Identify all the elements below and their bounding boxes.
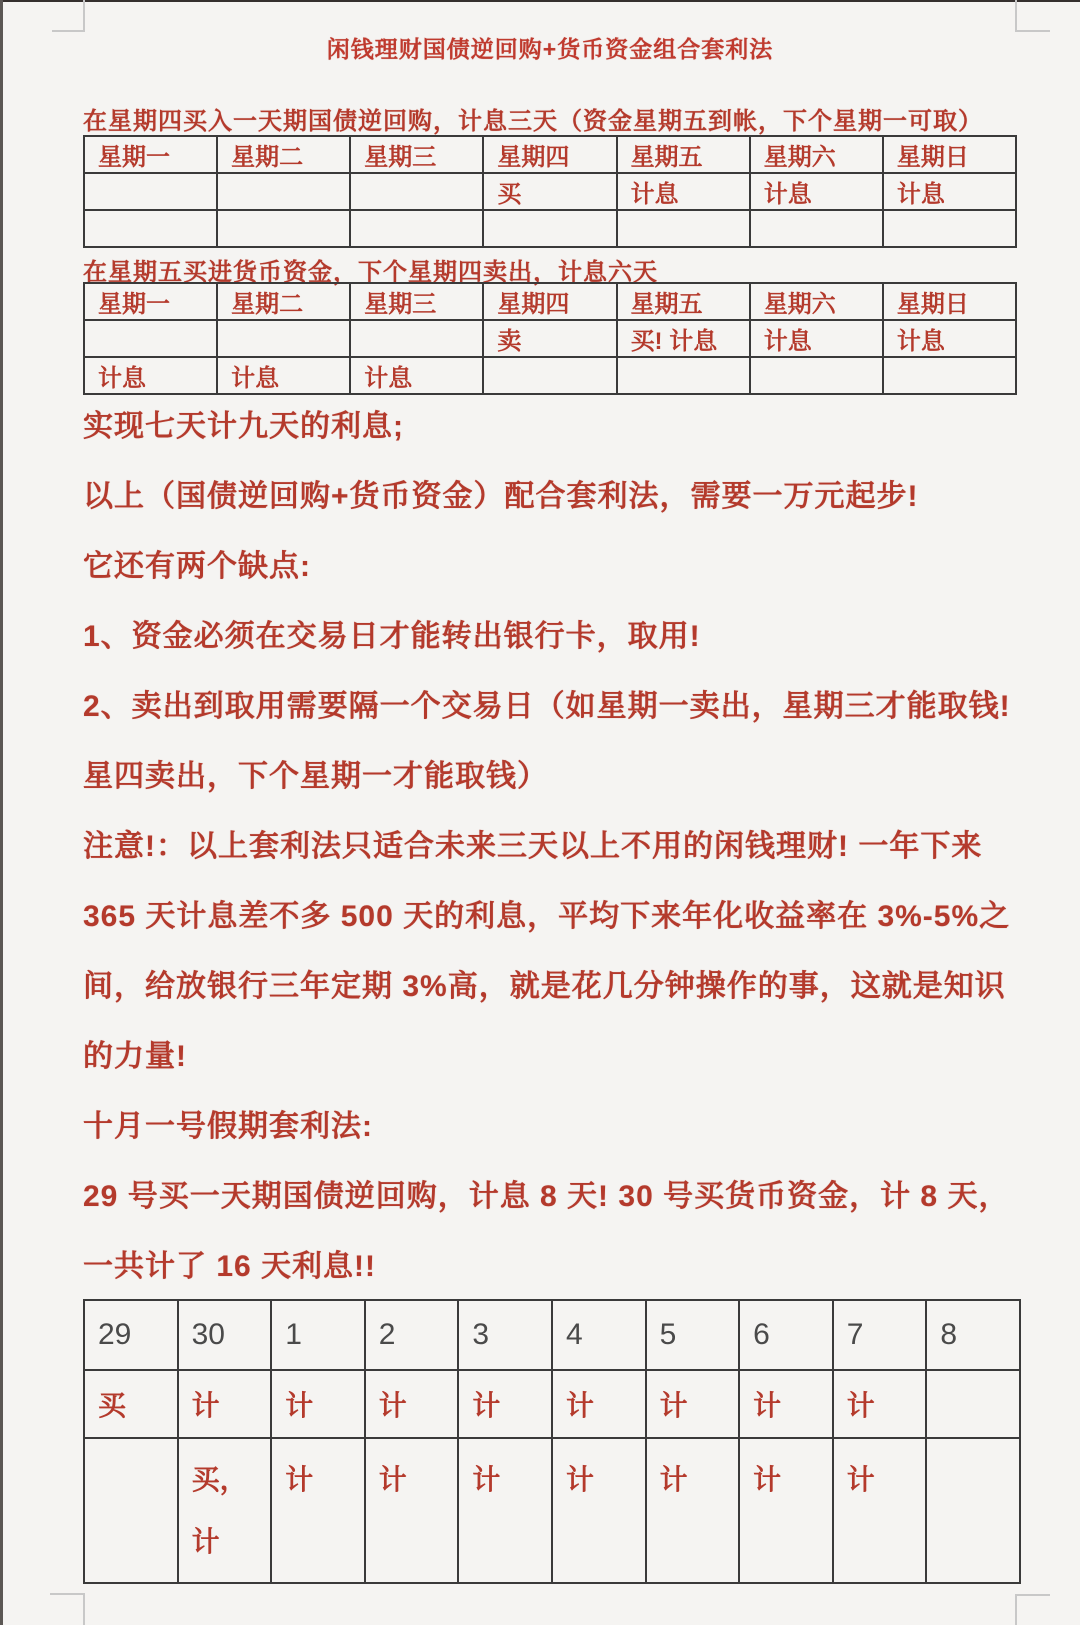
table-cell: 买 xyxy=(483,173,616,210)
table-cell: 计 xyxy=(458,1438,552,1583)
table-cell: 8 xyxy=(926,1300,1020,1370)
table-cell: 计 xyxy=(833,1370,927,1438)
table-cell xyxy=(84,1438,178,1583)
paragraph-line: 365 天计息差不多 500 天的利息，平均下来年化收益率在 3%-5%之 xyxy=(83,878,1023,948)
table-cell: 7 xyxy=(833,1300,927,1370)
table-cell: 计 xyxy=(552,1370,646,1438)
table-cell: 星期日 xyxy=(883,283,1016,320)
page-title: 闲钱理财国债逆回购+货币资金组合套利法 xyxy=(83,31,1017,64)
table-cell: 计 xyxy=(739,1438,833,1583)
table-row: 卖 买! 计息 计息 计息 xyxy=(84,320,1016,357)
table-header-row: 星期一 星期二 星期三 星期四 星期五 星期六 星期日 xyxy=(84,136,1016,173)
table-cell xyxy=(350,320,483,357)
table-cell: 计 xyxy=(271,1438,365,1583)
table-row: 买， 计 计 计 计 计 计 计 计 xyxy=(84,1438,1020,1583)
table-header-row: 29 30 1 2 3 4 5 6 7 8 xyxy=(84,1300,1020,1370)
table-cell: 计 xyxy=(365,1438,459,1583)
photo-top-edge xyxy=(0,0,1080,2)
table-cell: 计息 xyxy=(750,173,883,210)
table-cell: 星期三 xyxy=(350,136,483,173)
table-row xyxy=(84,210,1016,247)
table-cell xyxy=(84,320,217,357)
table-cell: 卖 xyxy=(483,320,616,357)
table-cell: 计息 xyxy=(750,320,883,357)
table-cell: 星期日 xyxy=(883,136,1016,173)
paragraph-line: 1、资金必须在交易日才能转出银行卡，取用! xyxy=(83,598,1023,668)
table-cell xyxy=(84,173,217,210)
crop-mark-top-right-icon xyxy=(1015,0,1050,32)
table-cell: 星期一 xyxy=(84,283,217,320)
table-cell xyxy=(617,210,750,247)
table-cell xyxy=(926,1438,1020,1583)
table-cell: 计 xyxy=(458,1370,552,1438)
table-cell: 买， 计 xyxy=(178,1438,272,1583)
paragraph-line: 星四卖出，下个星期一才能取钱） xyxy=(83,738,1023,808)
table-cell xyxy=(750,210,883,247)
table-cell: 计 xyxy=(833,1438,927,1583)
document-page: 闲钱理财国债逆回购+货币资金组合套利法 在星期四买入一天期国债逆回购，计息三天（… xyxy=(0,0,1080,1625)
table-cell xyxy=(883,210,1016,247)
paragraph-line: 实现七天计九天的利息; xyxy=(83,388,1023,458)
table-cell: 星期四 xyxy=(483,283,616,320)
table-cell: 4 xyxy=(552,1300,646,1370)
table-cell: 30 xyxy=(178,1300,272,1370)
table-cell xyxy=(217,173,350,210)
paragraph-line: 以上（国债逆回购+货币资金）配合套利法，需要一万元起步! xyxy=(83,458,1023,528)
table-cell: 1 xyxy=(271,1300,365,1370)
table1-caption: 在星期四买入一天期国债逆回购，计息三天（资金星期五到帐，下个星期一可取） xyxy=(83,101,1023,131)
table-cell: 星期六 xyxy=(750,136,883,173)
table-cell: 星期四 xyxy=(483,136,616,173)
table-cell: 6 xyxy=(739,1300,833,1370)
table-cell: 3 xyxy=(458,1300,552,1370)
table-cell: 星期一 xyxy=(84,136,217,173)
table-row: 买 计 计 计 计 计 计 计 计 xyxy=(84,1370,1020,1438)
table-cell: 星期二 xyxy=(217,283,350,320)
table-cell: 计息 xyxy=(883,320,1016,357)
table-cell: 计 xyxy=(271,1370,365,1438)
table-cell: 计 xyxy=(552,1438,646,1583)
reverse-repo-week-table: 星期一 星期二 星期三 星期四 星期五 星期六 星期日 买 计息 计息 计息 xyxy=(83,135,1017,248)
table-cell xyxy=(350,210,483,247)
table-cell: 计 xyxy=(646,1438,740,1583)
paragraph-line: 一共计了 16 天利息!! xyxy=(83,1228,1023,1298)
table-cell: 计 xyxy=(365,1370,459,1438)
table-cell: 29 xyxy=(84,1300,178,1370)
paragraph-line: 它还有两个缺点: xyxy=(83,528,1023,598)
table-cell: 2 xyxy=(365,1300,459,1370)
table-cell xyxy=(217,320,350,357)
crop-mark-bottom-left-icon xyxy=(50,1593,85,1625)
table-cell: 计息 xyxy=(617,173,750,210)
table-row: 买 计息 计息 计息 xyxy=(84,173,1016,210)
table-cell: 买! 计息 xyxy=(617,320,750,357)
table-cell: 星期三 xyxy=(350,283,483,320)
money-fund-week-table: 星期一 星期二 星期三 星期四 星期五 星期六 星期日 卖 买! 计息 计息 计… xyxy=(83,282,1017,395)
table-cell xyxy=(926,1370,1020,1438)
body-text: 实现七天计九天的利息; 以上（国债逆回购+货币资金）配合套利法，需要一万元起步!… xyxy=(83,388,1023,1298)
table2-caption: 在星期五买进货币资金，下个星期四卖出，计息六天 xyxy=(83,252,1023,282)
table-cell: 5 xyxy=(646,1300,740,1370)
paragraph-line: 十月一号假期套利法: xyxy=(83,1088,1023,1158)
crop-mark-bottom-right-icon xyxy=(1015,1594,1050,1625)
table-cell xyxy=(84,210,217,247)
table-cell: 星期五 xyxy=(617,136,750,173)
table-cell: 星期二 xyxy=(217,136,350,173)
table-cell: 星期六 xyxy=(750,283,883,320)
table-cell: 计 xyxy=(739,1370,833,1438)
table-cell xyxy=(483,210,616,247)
paragraph-line: 2、卖出到取用需要隔一个交易日（如星期一卖出，星期三才能取钱! xyxy=(83,668,1023,738)
photo-left-edge xyxy=(0,0,3,1625)
table-cell: 星期五 xyxy=(617,283,750,320)
holiday-arbitrage-table: 29 30 1 2 3 4 5 6 7 8 买 计 计 计 计 计 计 计 计 … xyxy=(83,1299,1021,1584)
table-cell: 计 xyxy=(178,1370,272,1438)
paragraph-line: 注意!：以上套利法只适合未来三天以上不用的闲钱理财! 一年下来 xyxy=(83,808,1023,878)
crop-mark-top-left-icon xyxy=(52,0,85,32)
table-header-row: 星期一 星期二 星期三 星期四 星期五 星期六 星期日 xyxy=(84,283,1016,320)
paragraph-line: 的力量! xyxy=(83,1018,1023,1088)
table-cell: 计息 xyxy=(883,173,1016,210)
table-cell xyxy=(350,173,483,210)
table-cell: 买 xyxy=(84,1370,178,1438)
paragraph-line: 间，给放银行三年定期 3%高，就是花几分钟操作的事，这就是知识 xyxy=(83,948,1023,1018)
paragraph-line: 29 号买一天期国债逆回购，计息 8 天! 30 号买货币资金，计 8 天， xyxy=(83,1158,1023,1228)
table-cell xyxy=(217,210,350,247)
table-cell: 计 xyxy=(646,1370,740,1438)
